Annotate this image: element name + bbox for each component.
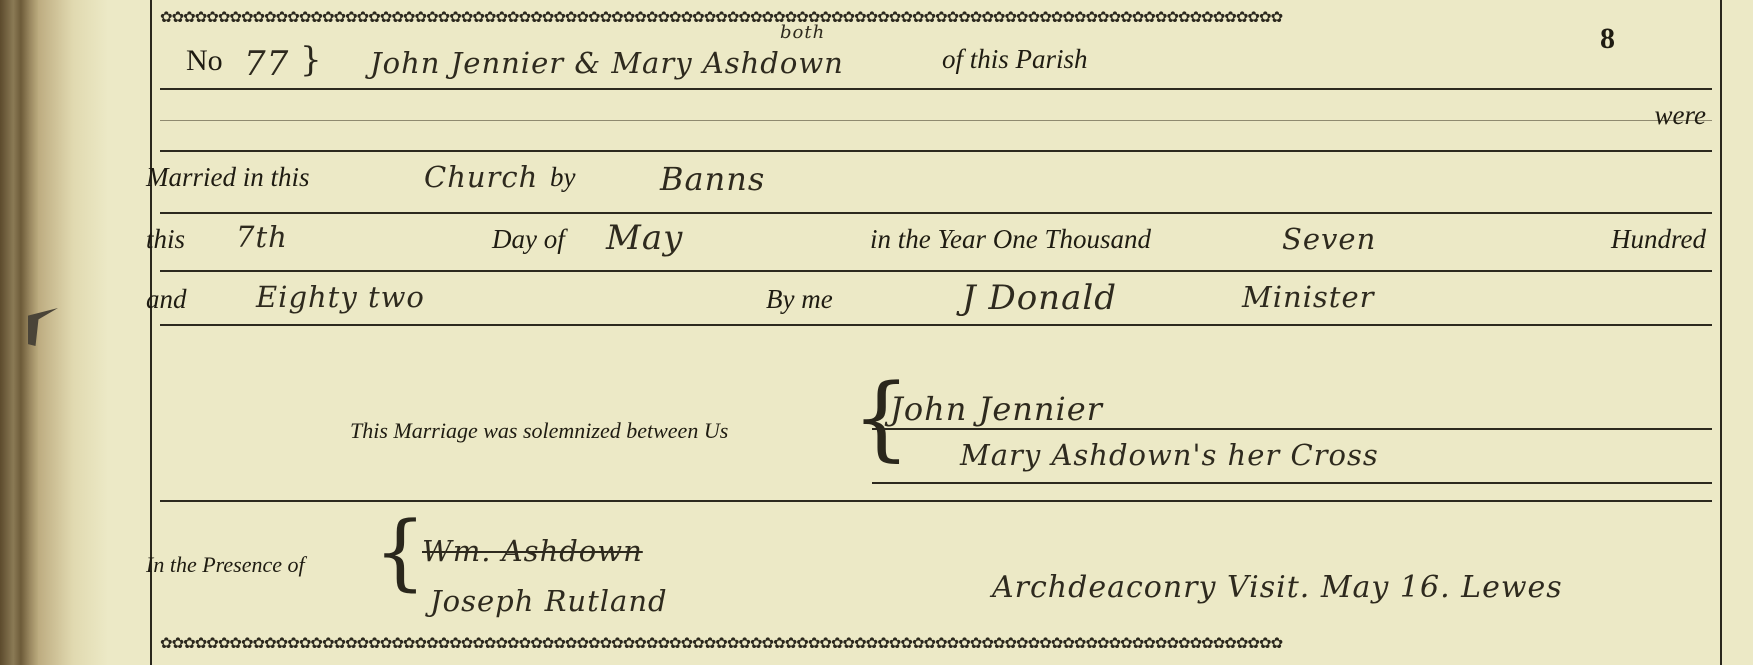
ornament-border-bottom: ✿✿✿✿✿✿✿✿✿✿✿✿✿✿✿✿✿✿✿✿✿✿✿✿✿✿✿✿✿✿✿✿✿✿✿✿✿✿✿✿… <box>160 636 1712 652</box>
corner-mark: 8 <box>1600 22 1615 56</box>
of-this-parish: of this Parish <box>942 44 1088 75</box>
ornament-border-top: ✿✿✿✿✿✿✿✿✿✿✿✿✿✿✿✿✿✿✿✿✿✿✿✿✿✿✿✿✿✿✿✿✿✿✿✿✿✿✿✿… <box>160 10 1712 26</box>
rule-6 <box>160 500 1712 502</box>
entry-brace: } <box>300 40 322 80</box>
and-label: and <box>146 284 187 315</box>
year-handwritten: Eighty two <box>256 280 425 314</box>
century-handwritten: Seven <box>1282 222 1376 256</box>
day-handwritten: 7th <box>236 220 288 254</box>
by-label: by <box>550 162 575 193</box>
hundred-label: Hundred <box>1611 224 1706 255</box>
by-me-label: By me <box>766 284 833 315</box>
month-handwritten: May <box>606 218 683 258</box>
witness-brace: { <box>374 512 426 594</box>
rule-sig-2 <box>872 482 1712 484</box>
officiant-title: Minister <box>1242 280 1374 314</box>
this-label: this <box>146 224 185 255</box>
married-label: Married in this <box>146 162 310 193</box>
rule-5 <box>160 324 1712 326</box>
presence-label: In the Presence of <box>146 552 305 578</box>
day-of-label: Day of <box>492 224 565 255</box>
register-page: ✿✿✿✿✿✿✿✿✿✿✿✿✿✿✿✿✿✿✿✿✿✿✿✿✿✿✿✿✿✿✿✿✿✿✿✿✿✿✿✿… <box>150 0 1722 665</box>
method-handwritten: Banns <box>660 160 765 198</box>
were-label: were <box>1655 100 1706 131</box>
both-insert: both <box>780 22 825 43</box>
gutter-shadow <box>38 0 108 665</box>
archdeaconry-annotation: Archdeaconry Visit. May 16. Lewes <box>992 570 1563 605</box>
solemnized-label: This Marriage was solemnized between Us <box>350 418 728 444</box>
officiant-signature: J Donald <box>962 278 1117 318</box>
groom-signature: John Jennier <box>890 390 1103 428</box>
witness-1-signature: Wm. Ashdown <box>422 534 643 568</box>
parties-names: John Jennier & Mary Ashdown <box>370 46 844 80</box>
number-label: No <box>186 44 223 78</box>
place-handwritten: Church <box>424 160 538 194</box>
rule-4 <box>160 270 1712 272</box>
rule-1 <box>160 88 1712 90</box>
entry-number: 77 <box>244 44 289 84</box>
witness-2-signature: Joseph Rutland <box>430 584 668 618</box>
year-label: in the Year One Thousand <box>870 224 1151 255</box>
bride-mark: Mary Ashdown's her Cross <box>960 438 1379 472</box>
rule-3 <box>160 212 1712 214</box>
rule-faint-1 <box>160 120 1712 121</box>
rule-sig-1 <box>872 428 1712 430</box>
rule-2 <box>160 150 1712 152</box>
